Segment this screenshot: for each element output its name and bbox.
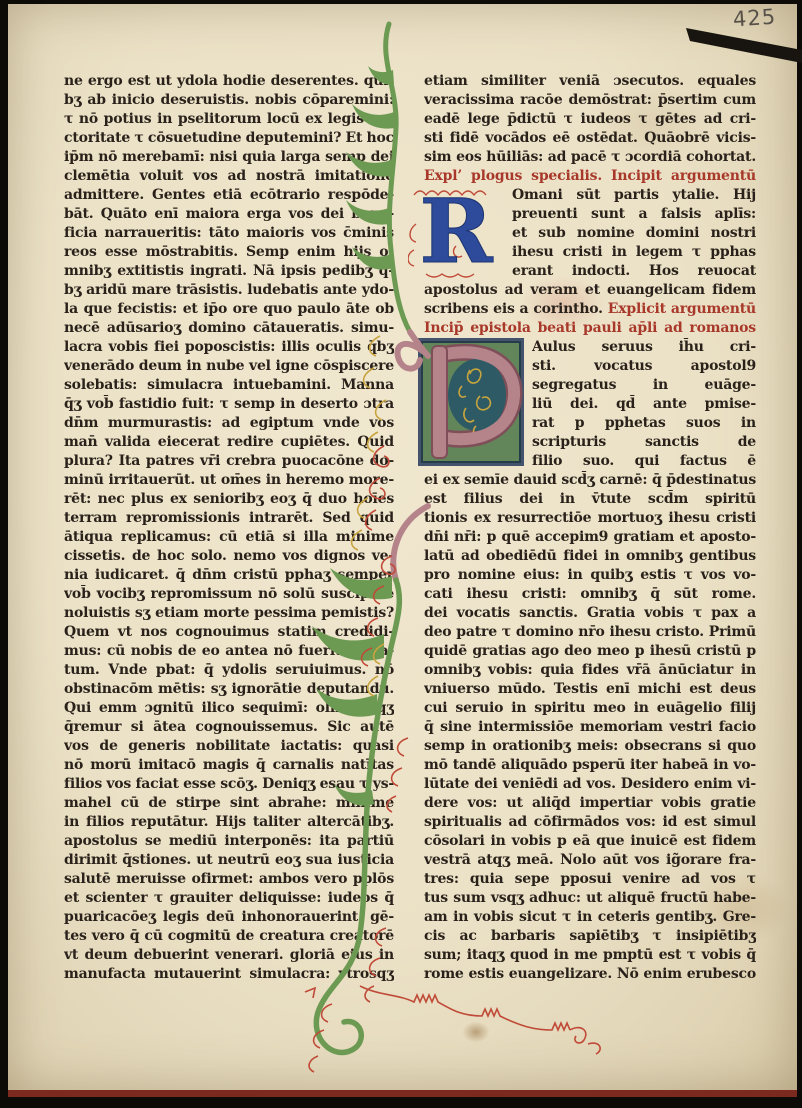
text-line: filios vos faciat esse scōʒ. Deniqʒ esau…: [64, 775, 394, 794]
text-line: eadē lege p̄dictū τ iudeos τ gētes ad cr…: [424, 110, 756, 129]
page-bottom-edge: [8, 1090, 797, 1097]
rubric-explicit-prologus: Expl’ plogus specialis. Incipit argument…: [424, 167, 756, 186]
text-line: Quem vt nos cognouimus statim credidi-: [64, 623, 394, 642]
text-line: deo patre τ domino nr̄o ihesu cristo. Pr…: [424, 623, 756, 642]
text-line: et sub nomine domini nostri: [512, 224, 756, 243]
text-line: cui seruio in spiritu meo in euāgelio fi…: [424, 699, 756, 718]
text-line: bʒ aridū mare trāsistis. ludebatis ante …: [64, 281, 394, 300]
text-line: dn̄m murmurastis: ad egiptum vnde vos: [64, 414, 394, 433]
text-line: mahel cū de stirpe sint abrahe: minime t…: [64, 794, 394, 813]
text-line: cissetis. de hoc solo. nemo vos dignos v…: [64, 547, 394, 566]
text-line: dei vocatis sanctis. Gratia vobis τ pax …: [424, 604, 756, 623]
text-line: et scienter τ grauiter deliquisse: iudeo…: [64, 889, 394, 908]
text-line: Aulus seruus ih̄u cri-: [532, 338, 756, 357]
text-line: q̄ sine intermissiōe memoriam vestri fac…: [424, 718, 756, 737]
text-line: Qui emm ɔgnitū ilico sequimī: olim vtiqʒ…: [64, 699, 394, 718]
text-line: sim eos hūiliās: ad pacē τ ɔcordiā cohor…: [424, 148, 756, 167]
text-line: salutē meruisse ofirmet: ambos vero pplō…: [64, 870, 394, 889]
text-line: am in vobis sicut τ in ceteris gentibʒ. …: [424, 908, 756, 927]
text-line: sum; itaqʒ quod in me pmptū est τ vobis …: [424, 946, 756, 965]
text-line: ātiqua replicamus: cū etiā si illa minim…: [64, 528, 394, 547]
text-line: dirimit q̄stiones. ut neutrū eoʒ sua ius…: [64, 851, 394, 870]
text-line: vos de generis nobilitate iactatis: quas…: [64, 737, 394, 756]
text-line: apostolus ad veram et euangelicam fidem: [424, 281, 756, 300]
text-line: cis ac barbaris sapiētibʒ τ insipiētibʒ …: [424, 927, 756, 946]
text-line: reos esse mōstrabitis. Semp enim hijs o-: [64, 243, 394, 262]
left-text-column: ne ergo est ut ydola hodie deserentes. q…: [64, 72, 394, 984]
text-line: ne ergo est ut ydola hodie deserentes. q…: [64, 72, 394, 91]
text-line: obstinacōm mētis: sʒ ignorātie deputandū…: [64, 680, 394, 699]
folio-number: 425: [732, 5, 777, 32]
text-line: tus sum vsqʒ adhuc: ut aliquē fructū hab…: [424, 889, 756, 908]
explicit-argumentum-label: Explicit argumentū: [608, 301, 756, 317]
text-line: la que fecistis: et ip̄o ore quo paulo ā…: [64, 300, 394, 319]
text-line: rēt: nec plus ex senioribʒ eoʒ q̄ duo ho…: [64, 490, 394, 509]
text-line: est filius dei in v̄tute scd̄m spiritū s…: [424, 490, 756, 509]
text-line: latū ad obediēdū fidei in omnibʒ gentibu…: [424, 547, 756, 566]
text-line: dn̄i nr̄i: p quē accepim9 gratiam et apo…: [424, 528, 756, 547]
manuscript-scan: 425 ne ergo est ut ydola hodie deserente…: [0, 0, 802, 1108]
rubric-incipit-epistola: Incip̄ epistola beati pauli ap̄li ad rom…: [424, 319, 756, 338]
text-line: preuenti sunt a falsis aplīs:: [512, 205, 756, 224]
text-line: noluistis sʒ etiam morte pessima pemisti…: [64, 604, 394, 623]
text-line: apostolus se mediū interponēs: ita parti…: [64, 832, 394, 851]
text-line: quidē gratias ago deo meo p ihesū cristū…: [424, 642, 756, 661]
text-line: minū irritauerūt. ut om̄es in heremo mor…: [64, 471, 394, 490]
text-line: nia iudicaret. q̄ dn̄m cristū pphaʒ semp…: [64, 566, 394, 585]
text-line: mus: cū nobis de eo antea nō fuerit p̄di…: [64, 642, 394, 661]
text-line: q̄remur si ātea cognouissemus. Sic autē: [64, 718, 394, 737]
text-line: bāt. Quāto enī maiora erga vos dei bene-: [64, 205, 394, 224]
text-line: lūtate dei veniēdi ad vos. Desidero enim…: [424, 775, 756, 794]
text-line: solebatis: simulacra intuebamini. Manna: [64, 376, 394, 395]
text-line: tionis ex resurrectiōe mortuoʒ ihesu cri…: [424, 509, 756, 528]
text-line: rat p pphetas suos in: [532, 414, 756, 433]
text-line: cōsolari in vobis p eā que inuicē est fi…: [424, 832, 756, 851]
text-line: terram repromissionis intrarēt. Sed quid: [64, 509, 394, 528]
text-line: tres: quia sepe pposui venire ad vos τ p…: [424, 870, 756, 889]
argumentum-last-line: scribens eis a corintho. Explicit argume…: [424, 300, 756, 319]
text-line: vt deum debuerint venerari. gloriā eius …: [64, 946, 394, 965]
argumentum-section: R Omani sūt partis ytalie. Hijpreuenti s…: [424, 186, 756, 319]
text-line: ficia narraueritis: tāto maioris vos c̄m…: [64, 224, 394, 243]
text-line: mō tandē aliquādo psperū iter habeā in v…: [424, 756, 756, 775]
text-line: nō morū imitacō magis q̄ carnalis natīta…: [64, 756, 394, 775]
text-line: admittere. Gentes etiā ecōtrario respōde…: [64, 186, 394, 205]
text-line: spiritualis ad cōfirmādos vos: id est si…: [424, 813, 756, 832]
initial-r: R: [408, 186, 504, 281]
initial-p-stem: [432, 346, 447, 458]
text-line: Omani sūt partis ytalie. Hij: [512, 186, 756, 205]
text-line: necē adūsarioʒ domino cātaueratis. simu-: [64, 319, 394, 338]
text-line: sti fidē vocādos eē ostēdat. Quāobrē vic…: [424, 129, 756, 148]
text-line: venerādo deum in nube vel igne cōspiscer…: [64, 357, 394, 376]
text-line: ihesu cristi in legem τ pphas: [512, 243, 756, 262]
text-line: vniuerso mūdo. Testis enī michi est deus: [424, 680, 756, 699]
scribens-text: scribens eis a corintho.: [424, 301, 603, 317]
text-line: tes vero q̄ cū cogmitū de creatura creat…: [64, 927, 394, 946]
text-line: liū dei. qd̄ ante pmise-: [532, 395, 756, 414]
epistle-section: Aulus seruus ih̄u cri-sti. vocatus apost…: [424, 338, 756, 984]
text-line: clemētia voluit vos ad nostrā imitationē: [64, 167, 394, 186]
lombardic-r-letter: R: [420, 186, 494, 281]
right-text-column: etiam similiter veniā ɔsecutos. equales …: [424, 72, 756, 984]
text-line: pro nomine eius: in quibʒ estis τ vos vo…: [424, 566, 756, 585]
text-line: lacra vobis fiei poposcistis: illis ocul…: [64, 338, 394, 357]
text-line: dere vos: ut aliq̄d impertiar vobis grat…: [424, 794, 756, 813]
text-line: omnibʒ vobis: quia fides vr̄ā ānūciatur …: [424, 661, 756, 680]
text-line: scripturis sanctis de: [532, 433, 756, 452]
text-line: manufacta mutauerint simulacra: vtrosqʒ: [64, 965, 394, 984]
text-line: ei ex semīe dauid scd̄ʒ carnē: q̄ p̄dest…: [424, 471, 756, 490]
text-line: veracissima racōe demōstrat: p̄sertim cu…: [424, 91, 756, 110]
text-line: cati ihesu cristi: omnibʒ q̄ sūt rome. d…: [424, 585, 756, 604]
text-line: puaricacōeʒ legis deū inhonorauerint: gē…: [64, 908, 394, 927]
text-line: segregatus in euāge-: [532, 376, 756, 395]
text-line: rome estis euangelizare. Nō enim erubesc…: [424, 965, 756, 984]
text-line: ctoritate τ cōsuetudine deputemini? Et h…: [64, 129, 394, 148]
text-line: in filios reputātur. Hijs taliter alterc…: [64, 813, 394, 832]
text-line: vob̄ vocibʒ repromissum nō solū susciper…: [64, 585, 394, 604]
text-line: sti. vocatus apostol9: [532, 357, 756, 376]
text-line: plura? Ita patres vr̄i crebra puocacōne …: [64, 452, 394, 471]
text-line: man̄ valida eiecerat redire cupiētes. Qu…: [64, 433, 394, 452]
initial-p-illuminated: [418, 338, 524, 466]
text-line: τ nō potius in pselitorum locū ex legis …: [64, 110, 394, 129]
text-line: semp in orationibʒ meis: obsecrans si qu…: [424, 737, 756, 756]
text-line: etiam similiter veniā ɔsecutos. equales …: [424, 72, 756, 91]
text-line: filio suo. qui factus ē: [532, 452, 756, 471]
text-line: ip̄m nō merebamī: nisi quia larga semp d…: [64, 148, 394, 167]
text-line: q̄ʒ vob̄ fastidio fuit: τ semp in desert…: [64, 395, 394, 414]
text-line: mnibʒ extitistis ingrati. Nā ipsis pedib…: [64, 262, 394, 281]
text-line: bʒ ab inicio deseruistis. nobis cōparemi…: [64, 91, 394, 110]
text-line: erant indocti. Hos reuocat: [512, 262, 756, 281]
text-line: vestrā atqʒ meā. Nolo aūt vos ig̃orare f…: [424, 851, 756, 870]
prologue-end: etiam similiter veniā ɔsecutos. equales …: [424, 72, 756, 167]
text-line: tum. Vnde pbat: q̄ ydolis seruiuimus. nō: [64, 661, 394, 680]
